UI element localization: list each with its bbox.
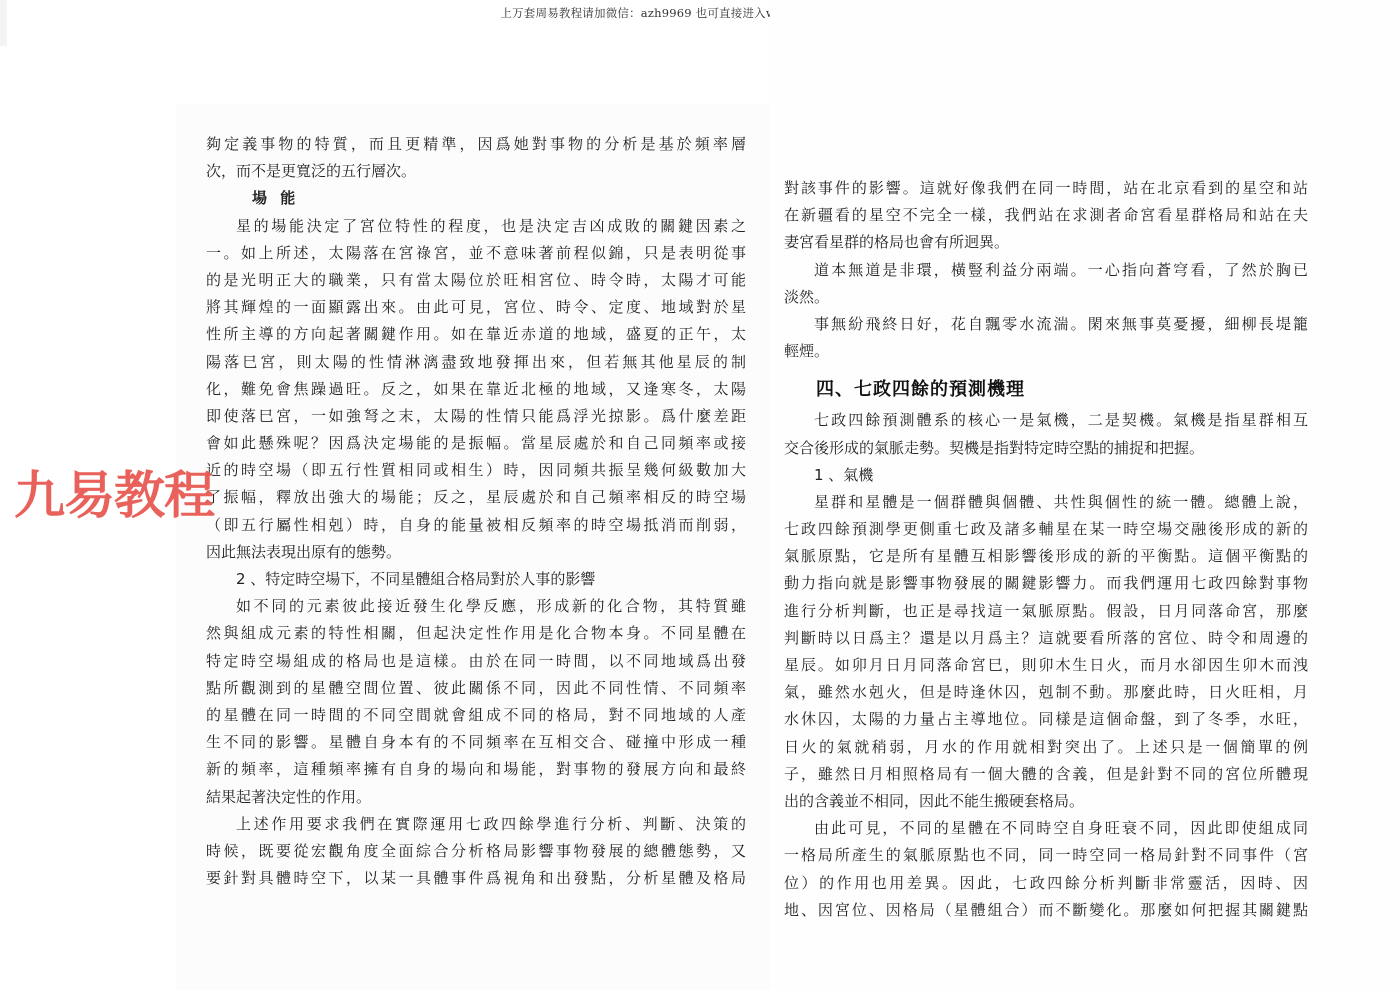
poem-line: 事無紛飛終日好，花自飄零水流湍。閑來無事莫憂擾，細柳長堤籠 <box>784 311 1308 338</box>
text-line: 進行分析判斷，也正是尋找這一氣脈原點。假設，日月同落命宮，那麼 <box>784 598 1308 625</box>
text-line: 地、因宮位、因格局（星體組合）而不斷變化。那麼如何把握其關鍵點 <box>784 897 1308 924</box>
text-line: 近的時空場（即五行性質相同或相生）時，因同頻共振呈幾何級數加大 <box>206 457 746 484</box>
text-line: 氣，雖然水剋火，但是時逢休囚，剋制不動。那麼此時，日火旺相，月 <box>784 679 1308 706</box>
text-line: 星群和星體是一個群體與個體、共性與個性的統一體。總體上說， <box>784 489 1308 516</box>
poem-line: 道本無道是非環，橫豎利益分兩端。一心指向蒼穹看，了然於胸已 <box>784 257 1308 284</box>
text-line: 次，而不是更寬泛的五行層次。 <box>206 158 746 185</box>
text-line: 判斷時以日爲主？還是以月爲主？這就要看所落的宮位、時令和周邊的 <box>784 625 1308 652</box>
text-line: 會如此懸殊呢？因爲決定場能的是振幅。當星辰處於和自己同頻率或接 <box>206 430 746 457</box>
text-line: 如不同的元素彼此接近發生化學反應，形成新的化合物，其特質雖 <box>206 593 746 620</box>
text-line: 交合後形成的氣脈走勢。契機是指對特定時空點的捕捉和把握。 <box>784 435 1308 462</box>
text-line: 水休囚，太陽的力量占主導地位。同樣是這個命盤，到了冬季，水旺， <box>784 706 1308 733</box>
text-line: 即使落巳宮，一如強弩之末，太陽的性情只能爲浮光掠影。爲什麼差距 <box>206 403 746 430</box>
subheading-qiji: 1 、氣機 <box>784 462 1308 489</box>
text-line: 點所觀測到的星體空間位置、彼此關係不同，因此不同性情、不同頻率 <box>206 675 746 702</box>
text-line: 位）的作用也用差異。因此，七政四餘分析判斷非常靈活，因時、因 <box>784 870 1308 897</box>
right-page-text: 對該事件的影響。這就好像我們在同一時間，站在北京看到的星空和站 在新疆看的星空不… <box>784 175 1308 924</box>
text-line: 陽落巳宮，則太陽的性情淋漓盡致地發揮出來，但若無其他星辰的制 <box>206 349 746 376</box>
text-line: 性所主導的方向起著關鍵作用。如在靠近赤道的地域，盛夏的正午，太 <box>206 321 746 348</box>
text-line: 由此可見，不同的星體在不同時空自身旺衰不同，因此即使組成同 <box>784 815 1308 842</box>
text-line: 結果起著決定性的作用。 <box>206 784 746 811</box>
text-line: 夠定義事物的特質，而且更精準，因爲她對事物的分析是基於頻率層 <box>206 131 746 158</box>
watermark-logo: 九易教程 <box>14 466 214 528</box>
text-line: 出的含義並不相同，因此不能生搬硬套格局。 <box>784 788 1308 815</box>
text-line: 然與組成元素的特性相關，但起決定性作用是化合物本身。不同星體在 <box>206 620 746 647</box>
text-line: 一格局所產生的氣脈原點也不同，同一時空同一格局針對不同事件（宮 <box>784 842 1308 869</box>
text-line: 生不同的影響。星體自身本有的不同頻率在互相交合、碰撞中形成一種 <box>206 729 746 756</box>
text-line: 七政四餘預測學更側重七政及諸多輔星在某一時空場交融後形成的新的 <box>784 516 1308 543</box>
text-line: 七政四餘預測體系的核心一是氣機，二是契機。氣機是指星群相互 <box>784 407 1308 434</box>
subheading-field-energy: 場 能 <box>206 185 746 212</box>
text-line: 的是光明正大的職業，只有當太陽位於旺相宮位、時令時，太陽才可能 <box>206 267 746 294</box>
poem-line: 輕煙。 <box>784 338 1308 365</box>
text-line: 化，難免會焦躁過旺。反之，如果在靠近北極的地域，又逢寒冬，太陽 <box>206 376 746 403</box>
poem-line: 淡然。 <box>784 284 1308 311</box>
text-line: 新的頻率，這種頻率擁有自身的場向和場能，對事物的發展方向和最終 <box>206 756 746 783</box>
text-line: 日火的氣就稍弱，月水的作用就相對突出了。上述只是一個簡單的例 <box>784 734 1308 761</box>
section-heading: 四、七政四餘的預測機理 <box>784 375 1308 405</box>
text-line: 時候，既要從宏觀角度全面綜合分析格局影響事物發展的總體態勢，又 <box>206 838 746 865</box>
text-line: 妻宮看星群的格局也會有所迥異。 <box>784 229 1308 256</box>
text-line: 將其輝煌的一面顯露出來。由此可見，宮位、時令、定度、地域對於星 <box>206 294 746 321</box>
text-line: 子，雖然日月相照格局有一個大體的含義，但是針對不同的宮位所體現 <box>784 761 1308 788</box>
text-line: 了振幅，釋放出強大的場能；反之，星辰處於和自己頻率相反的時空場 <box>206 484 746 511</box>
text-line: 因此無法表現出原有的態勢。 <box>206 539 746 566</box>
text-line: 星辰。如卯月日月同落命宮巳，則卯木生日火，而月水卻因生卯木而洩 <box>784 652 1308 679</box>
text-line: 在新疆看的星空不完全一樣，我們站在求測者命宮看星群格局和站在夫 <box>784 202 1308 229</box>
text-line: 的星體在同一時間的不同空間就會組成不同的格局，對不同地域的人產 <box>206 702 746 729</box>
text-line: 星的場能決定了宮位特性的程度，也是決定吉凶成敗的關鍵因素之 <box>206 213 746 240</box>
text-line: 動力指向就是影響事物發展的關鍵影響力。而我們運用七政四餘對事物 <box>784 570 1308 597</box>
text-line: 上述作用要求我們在實際運用七政四餘學進行分析、判斷、決策的 <box>206 811 746 838</box>
text-line: 氣脈原點，它是所有星體互相影響後形成的新的平衡點。這個平衡點的 <box>784 543 1308 570</box>
text-line: 特定時空場組成的格局也是這樣。由於在同一時間，以不同地域爲出發 <box>206 648 746 675</box>
left-page-text: 夠定義事物的特質，而且更精準，因爲她對事物的分析是基於頻率層 次，而不是更寬泛的… <box>206 131 746 892</box>
text-line: （即五行屬性相剋）時，自身的能量被相反頻率的時空場抵消而削弱， <box>206 512 746 539</box>
text-line: 對該事件的影響。這就好像我們在同一時間，站在北京看到的星空和站 <box>784 175 1308 202</box>
text-line: 一。如上所述，太陽落在宮祿宮，並不意味著前程似錦，只是表明從事 <box>206 240 746 267</box>
text-line: 要針對具體時空下，以某一具體事件爲視角和出發點，分析星體及格局 <box>206 865 746 892</box>
subheading-2: 2 、特定時空場下，不同星體組合格局對於人事的影響 <box>206 566 746 593</box>
